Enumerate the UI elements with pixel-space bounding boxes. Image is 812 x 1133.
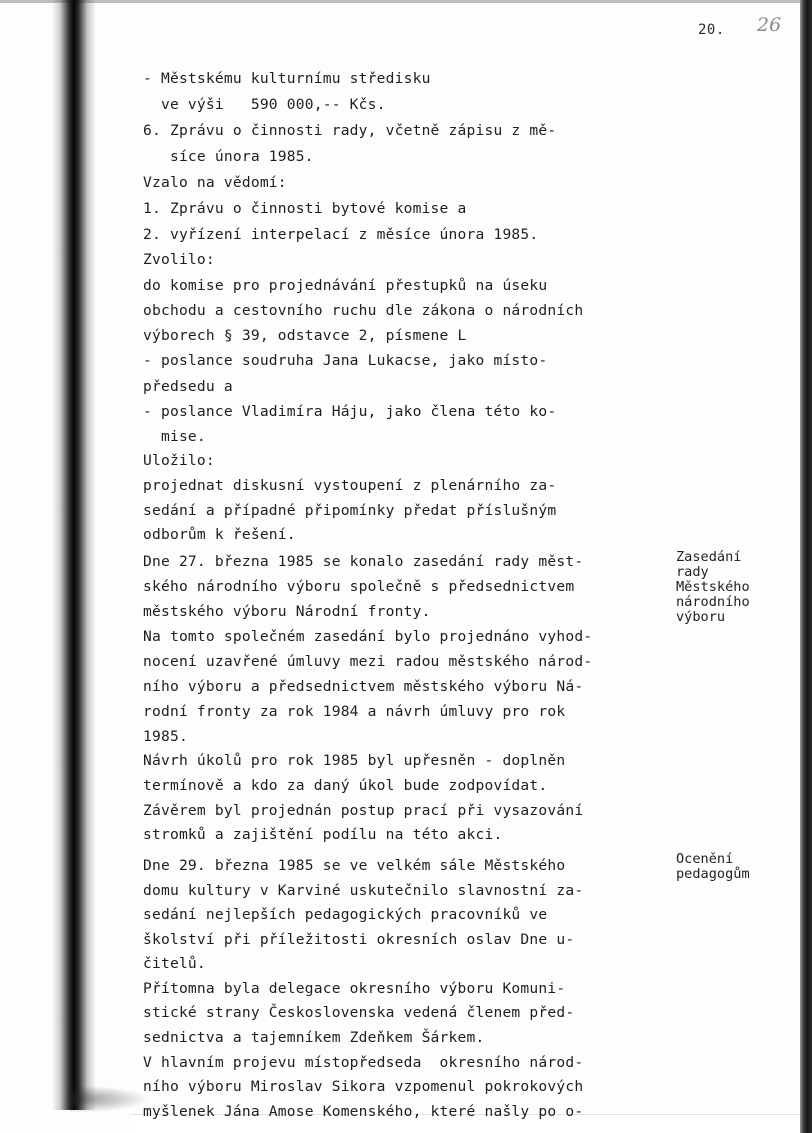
text-line: Uložilo: bbox=[143, 452, 215, 469]
text-line: myšlenek Jána Amose Komenského, které na… bbox=[143, 1103, 583, 1120]
text-line: mise. bbox=[143, 428, 206, 445]
text-line: projednat diskusní vystoupení z plenární… bbox=[143, 477, 556, 494]
handwritten-page-number: 26 bbox=[757, 14, 781, 36]
margin-note-council-meeting: Zasedání rady Městského národního výboru bbox=[676, 550, 750, 625]
text-line: do komise pro projednávání přestupků na … bbox=[143, 277, 547, 294]
binding-shadow bbox=[52, 0, 96, 1110]
page-number: 20. bbox=[698, 22, 725, 38]
scan-right-edge bbox=[800, 0, 812, 1133]
text-line: Vzalo na vědomí: bbox=[143, 174, 287, 191]
text-line: Závěrem byl projednán postup prací při v… bbox=[143, 802, 583, 819]
text-line: ního výboru a předsednictvem městského v… bbox=[143, 678, 583, 695]
text-line: ve výši 590 000,-- Kčs. bbox=[143, 96, 386, 113]
text-line: - poslance Vladimíra Háju, jako člena té… bbox=[143, 403, 556, 420]
text-line: stromků a zajištění podílu na této akci. bbox=[143, 826, 502, 843]
text-line: obchodu a cestovního ruchu dle zákona o … bbox=[143, 302, 583, 319]
text-line: městského výboru Národní fronty. bbox=[143, 603, 431, 620]
text-line: Zvolilo: bbox=[143, 251, 215, 268]
text-line: čitelů. bbox=[143, 955, 206, 972]
text-line: předsedu a bbox=[143, 378, 233, 395]
text-line: 2. vyřízení interpelací z měsíce února 1… bbox=[143, 226, 538, 243]
text-line: nocení uzavřené úmluvy mezi radou městsk… bbox=[143, 653, 592, 670]
text-line: sedání nejlepších pedagogických pracovní… bbox=[143, 906, 547, 923]
text-line: - poslance soudruha Jana Lukacse, jako m… bbox=[143, 352, 547, 369]
text-line: Na tomto společném zasedání bylo projedn… bbox=[143, 628, 592, 645]
text-line: rodní fronty za rok 1984 a návrh úmluvy … bbox=[143, 703, 565, 720]
text-line: Přítomna byla delegace okresního výboru … bbox=[143, 980, 565, 997]
text-line: 6. Zprávu o činnosti rady, včetně zápisu… bbox=[143, 122, 556, 139]
text-line: odborům k řešení. bbox=[143, 526, 296, 543]
text-line: výborech § 39, odstavce 2, písmene L bbox=[143, 327, 467, 344]
margin-note-teacher-award: Ocenění pedagogům bbox=[676, 852, 750, 882]
text-line: stické strany Československa vedená člen… bbox=[143, 1004, 574, 1021]
binding-shadow-flare bbox=[70, 1085, 150, 1113]
text-line: 1985. bbox=[143, 728, 188, 745]
text-line: V hlavním projevu místopředseda okresníh… bbox=[143, 1054, 583, 1071]
scan-top-edge bbox=[0, 0, 812, 3]
text-line: sedání a případné připomínky předat přís… bbox=[143, 502, 556, 519]
text-line: Návrh úkolů pro rok 1985 byl upřesněn - … bbox=[143, 752, 565, 769]
text-line: 1. Zprávu o činnosti bytové komise a bbox=[143, 200, 467, 217]
text-line: ského národního výboru společně s předse… bbox=[143, 578, 574, 595]
scanned-document-page: 20. 26 - Městskému kulturnímu středisku … bbox=[0, 0, 812, 1133]
text-line: sednictva a tajemníkem Zdeňkem Šárkem. bbox=[143, 1029, 484, 1046]
text-line: síce února 1985. bbox=[143, 148, 314, 165]
text-line: školství při příležitosti okresních osla… bbox=[143, 931, 574, 948]
text-line: - Městskému kulturnímu středisku bbox=[143, 70, 431, 87]
text-line: ního výboru Miroslav Sikora vzpomenul po… bbox=[143, 1078, 583, 1095]
text-line: termínově a kdo za daný úkol bude zodpov… bbox=[143, 777, 547, 794]
text-line: domu kultury v Karviné uskutečnilo slavn… bbox=[143, 882, 583, 899]
text-line: Dne 29. března 1985 se ve velkém sále Mě… bbox=[143, 857, 565, 874]
text-line: Dne 27. března 1985 se konalo zasedání r… bbox=[143, 553, 583, 570]
